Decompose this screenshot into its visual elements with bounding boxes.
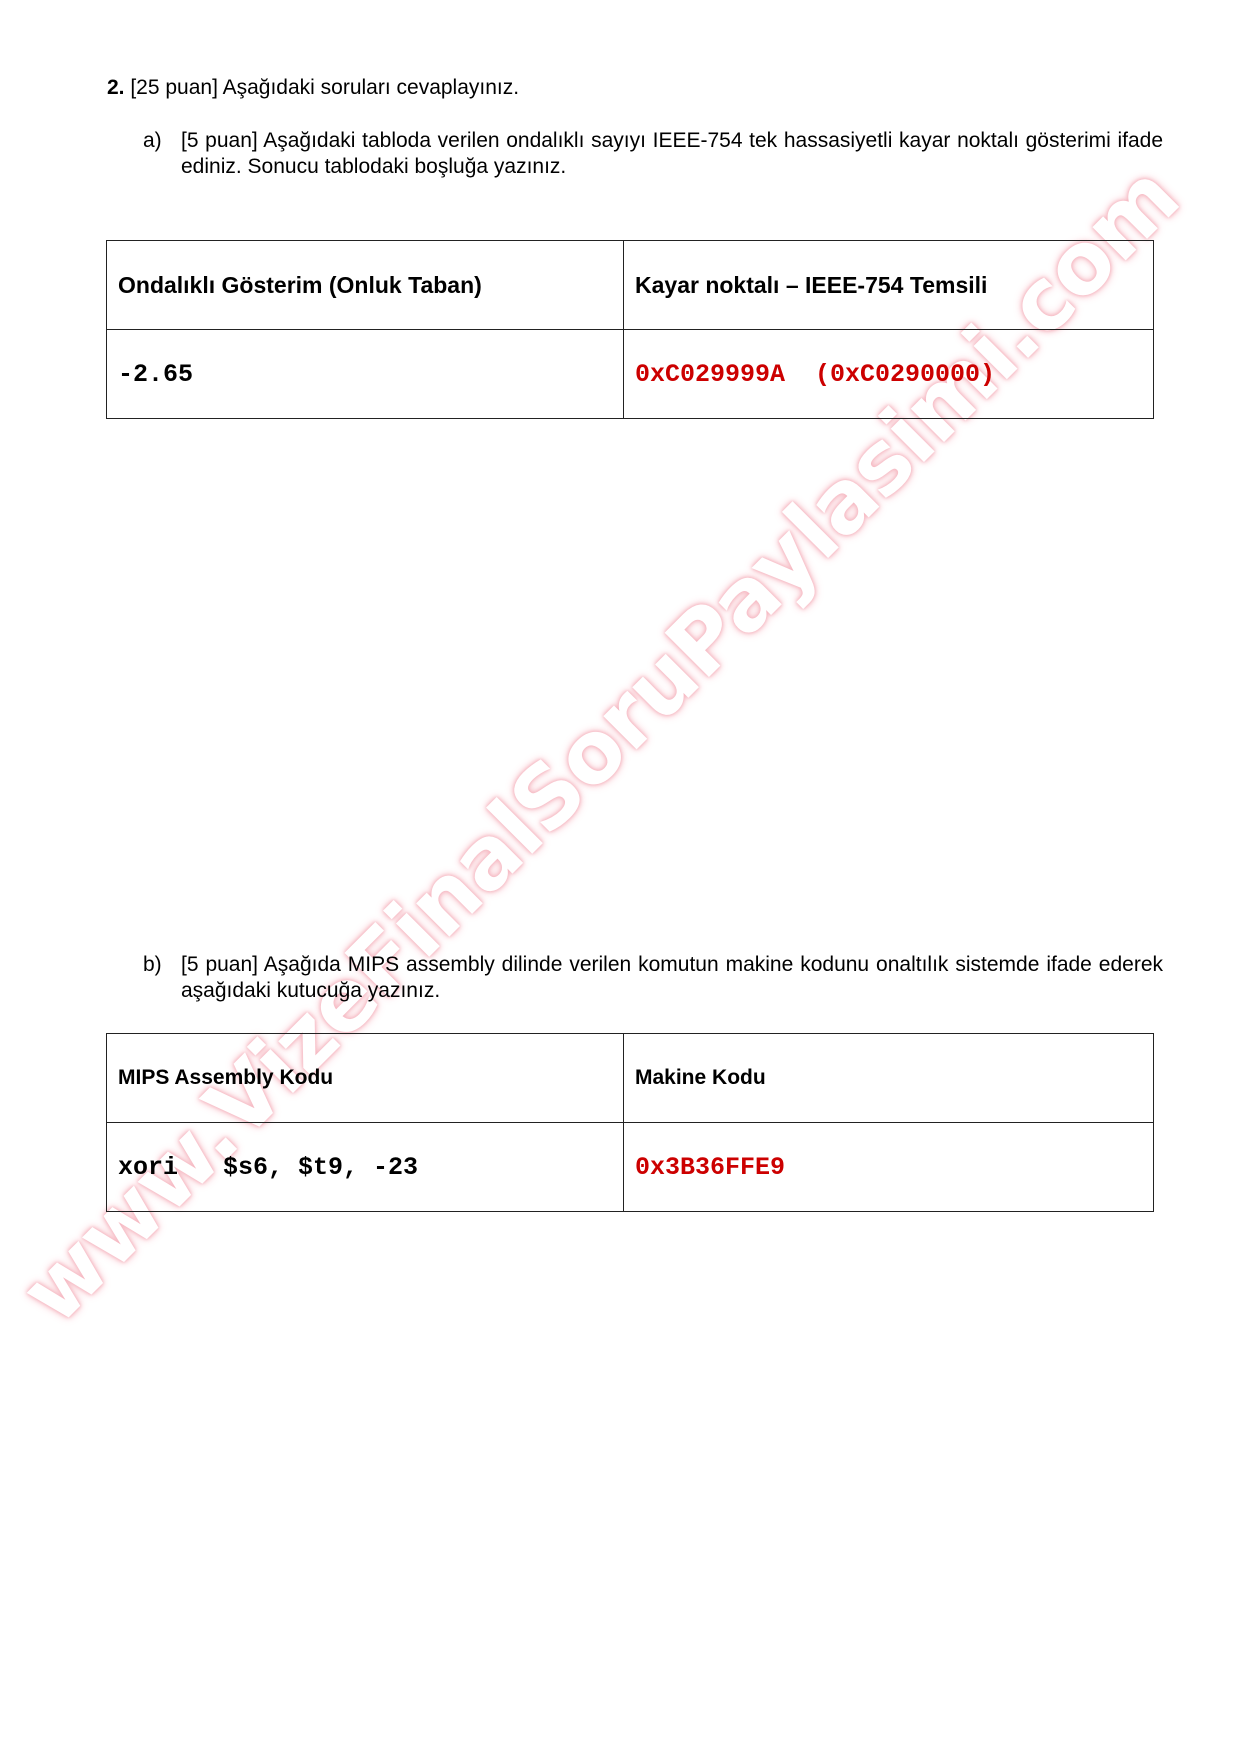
decimal-value: -2.65 [107, 330, 624, 419]
part-b-prompt: b) [5 puan] Aşağıda MIPS assembly dilind… [143, 952, 1163, 1004]
table-header-row: Ondalıklı Gösterim (Onluk Taban) Kayar n… [107, 241, 1154, 330]
mips-table: MIPS Assembly Kodu Makine Kodu xori $s6,… [106, 1033, 1154, 1212]
question-number: 2. [107, 76, 125, 99]
machine-code-answer: 0x3B36FFE9 [624, 1123, 1154, 1212]
assembly-instruction: xori $s6, $t9, -23 [107, 1123, 624, 1212]
part-a-prompt: a) [5 puan] Aşağıdaki tabloda verilen on… [143, 128, 1163, 180]
part-b-label: b) [143, 952, 162, 978]
part-a-label: a) [143, 128, 162, 154]
header-assembly: MIPS Assembly Kodu [107, 1034, 624, 1123]
table-header-row: MIPS Assembly Kodu Makine Kodu [107, 1034, 1154, 1123]
header-machine-code: Makine Kodu [624, 1034, 1154, 1123]
ieee754-answer: 0xC029999A (0xC0290000) [624, 330, 1154, 419]
question-heading: 2. [25 puan] Aşağıdaki soruları cevaplay… [107, 76, 519, 100]
part-a-text: [5 puan] Aşağıdaki tabloda verilen ondal… [181, 128, 1163, 180]
header-decimal: Ondalıklı Gösterim (Onluk Taban) [107, 241, 624, 330]
question-text: [25 puan] Aşağıdaki soruları cevaplayını… [125, 76, 520, 99]
header-ieee754: Kayar noktalı – IEEE-754 Temsili [624, 241, 1154, 330]
part-b-text: [5 puan] Aşağıda MIPS assembly dilinde v… [181, 952, 1163, 1004]
table-row: -2.65 0xC029999A (0xC0290000) [107, 330, 1154, 419]
table-row: xori $s6, $t9, -23 0x3B36FFE9 [107, 1123, 1154, 1212]
ieee754-table: Ondalıklı Gösterim (Onluk Taban) Kayar n… [106, 240, 1154, 419]
